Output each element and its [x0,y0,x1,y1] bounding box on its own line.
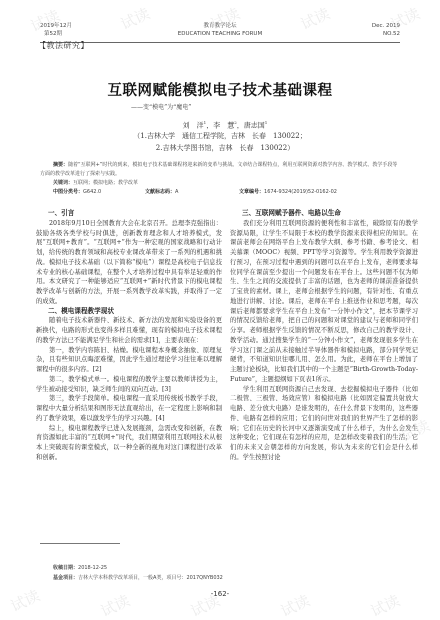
paragraph: 综上，模电课程教学已进入发展瓶颈，急需改变和创新，在教育资源如此丰富的“互联网+… [36,424,222,463]
left-column: 一、引言 2018年9月10日全国教育大会在北京召开。总理李克强指出：鼓励各级各… [36,209,222,463]
abstract-text: 随着“互联网+”时代的到来，模拟电子技术基础课程将迎来新的变革与挑战。文章结合课… [40,162,397,177]
footnote-rule [40,543,120,544]
authors: 刘 洋1，李 慧2，唐志国1 [0,120,440,130]
paragraph: 2018年9月10日全国教育大会在北京召开。总理李克强指出：鼓励各级各类学校与时… [36,219,222,307]
fund-project: 基金项目：吉林大学本科教学改革项目，一般A类，项目号：2017QNYB032 [53,574,223,581]
keywords-label: 关键词： [53,180,73,186]
section-heading: 三、互联网赋予器件、电路以生命 [230,209,418,219]
author: 刘 洋 [183,121,204,129]
column-tag: 【教法研究】 [38,40,89,51]
issue-date-en: Dec. 2019 NO.52 [372,22,400,38]
running-head: 2019年12月 第52期 教育教学论坛 EDUCATION TEACHING … [40,22,400,46]
received-date: 收稿日期：2018-12-25 [53,564,107,571]
page-number: -162- [0,590,440,598]
abstract: 摘要：随着“互联网+”时代的到来，模拟电子技术基础课程将迎来新的变革与挑战。文章… [40,161,400,178]
paragraph: 学生利用互联网资源自己去发现、去挖掘模拟电子器件（比如二极管、三极管、场效应管）… [230,385,418,463]
paragraph: 我们充分利用互联网资源的便利性和丰富性，破除原有的教学资源局限，让学生不局限于本… [230,219,418,385]
paragraph: 第三，教学手段简单。模电课程一直采用传统板书教学手段，课程中大量分析结果和图形无… [36,394,222,423]
clc-number: 中图分类号：G642.0 [53,188,101,195]
section-heading: 一、引言 [36,209,222,219]
affiliation-1: （1.吉林大学 通信工程学院，吉林 长春 130022； [0,131,440,141]
paragraph: 第一，教学内容陈旧、枯燥。模电课程本身概念抽象、原理复杂，且有些知识点晦涩难懂，… [36,346,222,375]
author: 李 慧 [213,121,234,129]
section-heading: 二、模电课程教学现状 [36,307,222,317]
paper-title: 互联网赋能模拟电子技术基础课程 [0,79,440,100]
header-rule [40,42,400,43]
abstract-label: 摘要： [53,162,68,168]
paper-subtitle: ——变“模电”为“魔电” [131,102,191,111]
paragraph: 随着电子技术新器件、新技术、新方法的发展和实验设备的更新换代，电路的形式也变得多… [36,316,222,345]
paragraph: 第二，教学模式单一。模电课程的教学主要以教师讲授为主，学生被动接受知识，缺乏师生… [36,375,222,395]
keywords-text: 互联网；模拟电路；教学改革 [73,180,138,186]
document-code: 文献标志码：A [145,188,178,195]
keywords: 关键词：互联网；模拟电路；教学改革 [53,179,138,186]
journal-name: 教育教学论坛 EDUCATION TEACHING FORUM [40,22,400,38]
affiliation-2: 2.吉林大学图书馆，吉林 长春 130022） [0,143,440,153]
author: 唐志国 [244,121,265,129]
article-number: 文章编号：1674-9324(2019)52-0162-02 [239,188,337,195]
right-column: 三、互联网赋予器件、电路以生命 我们充分利用互联网资源的便利性和丰富性，破除原有… [230,209,418,463]
